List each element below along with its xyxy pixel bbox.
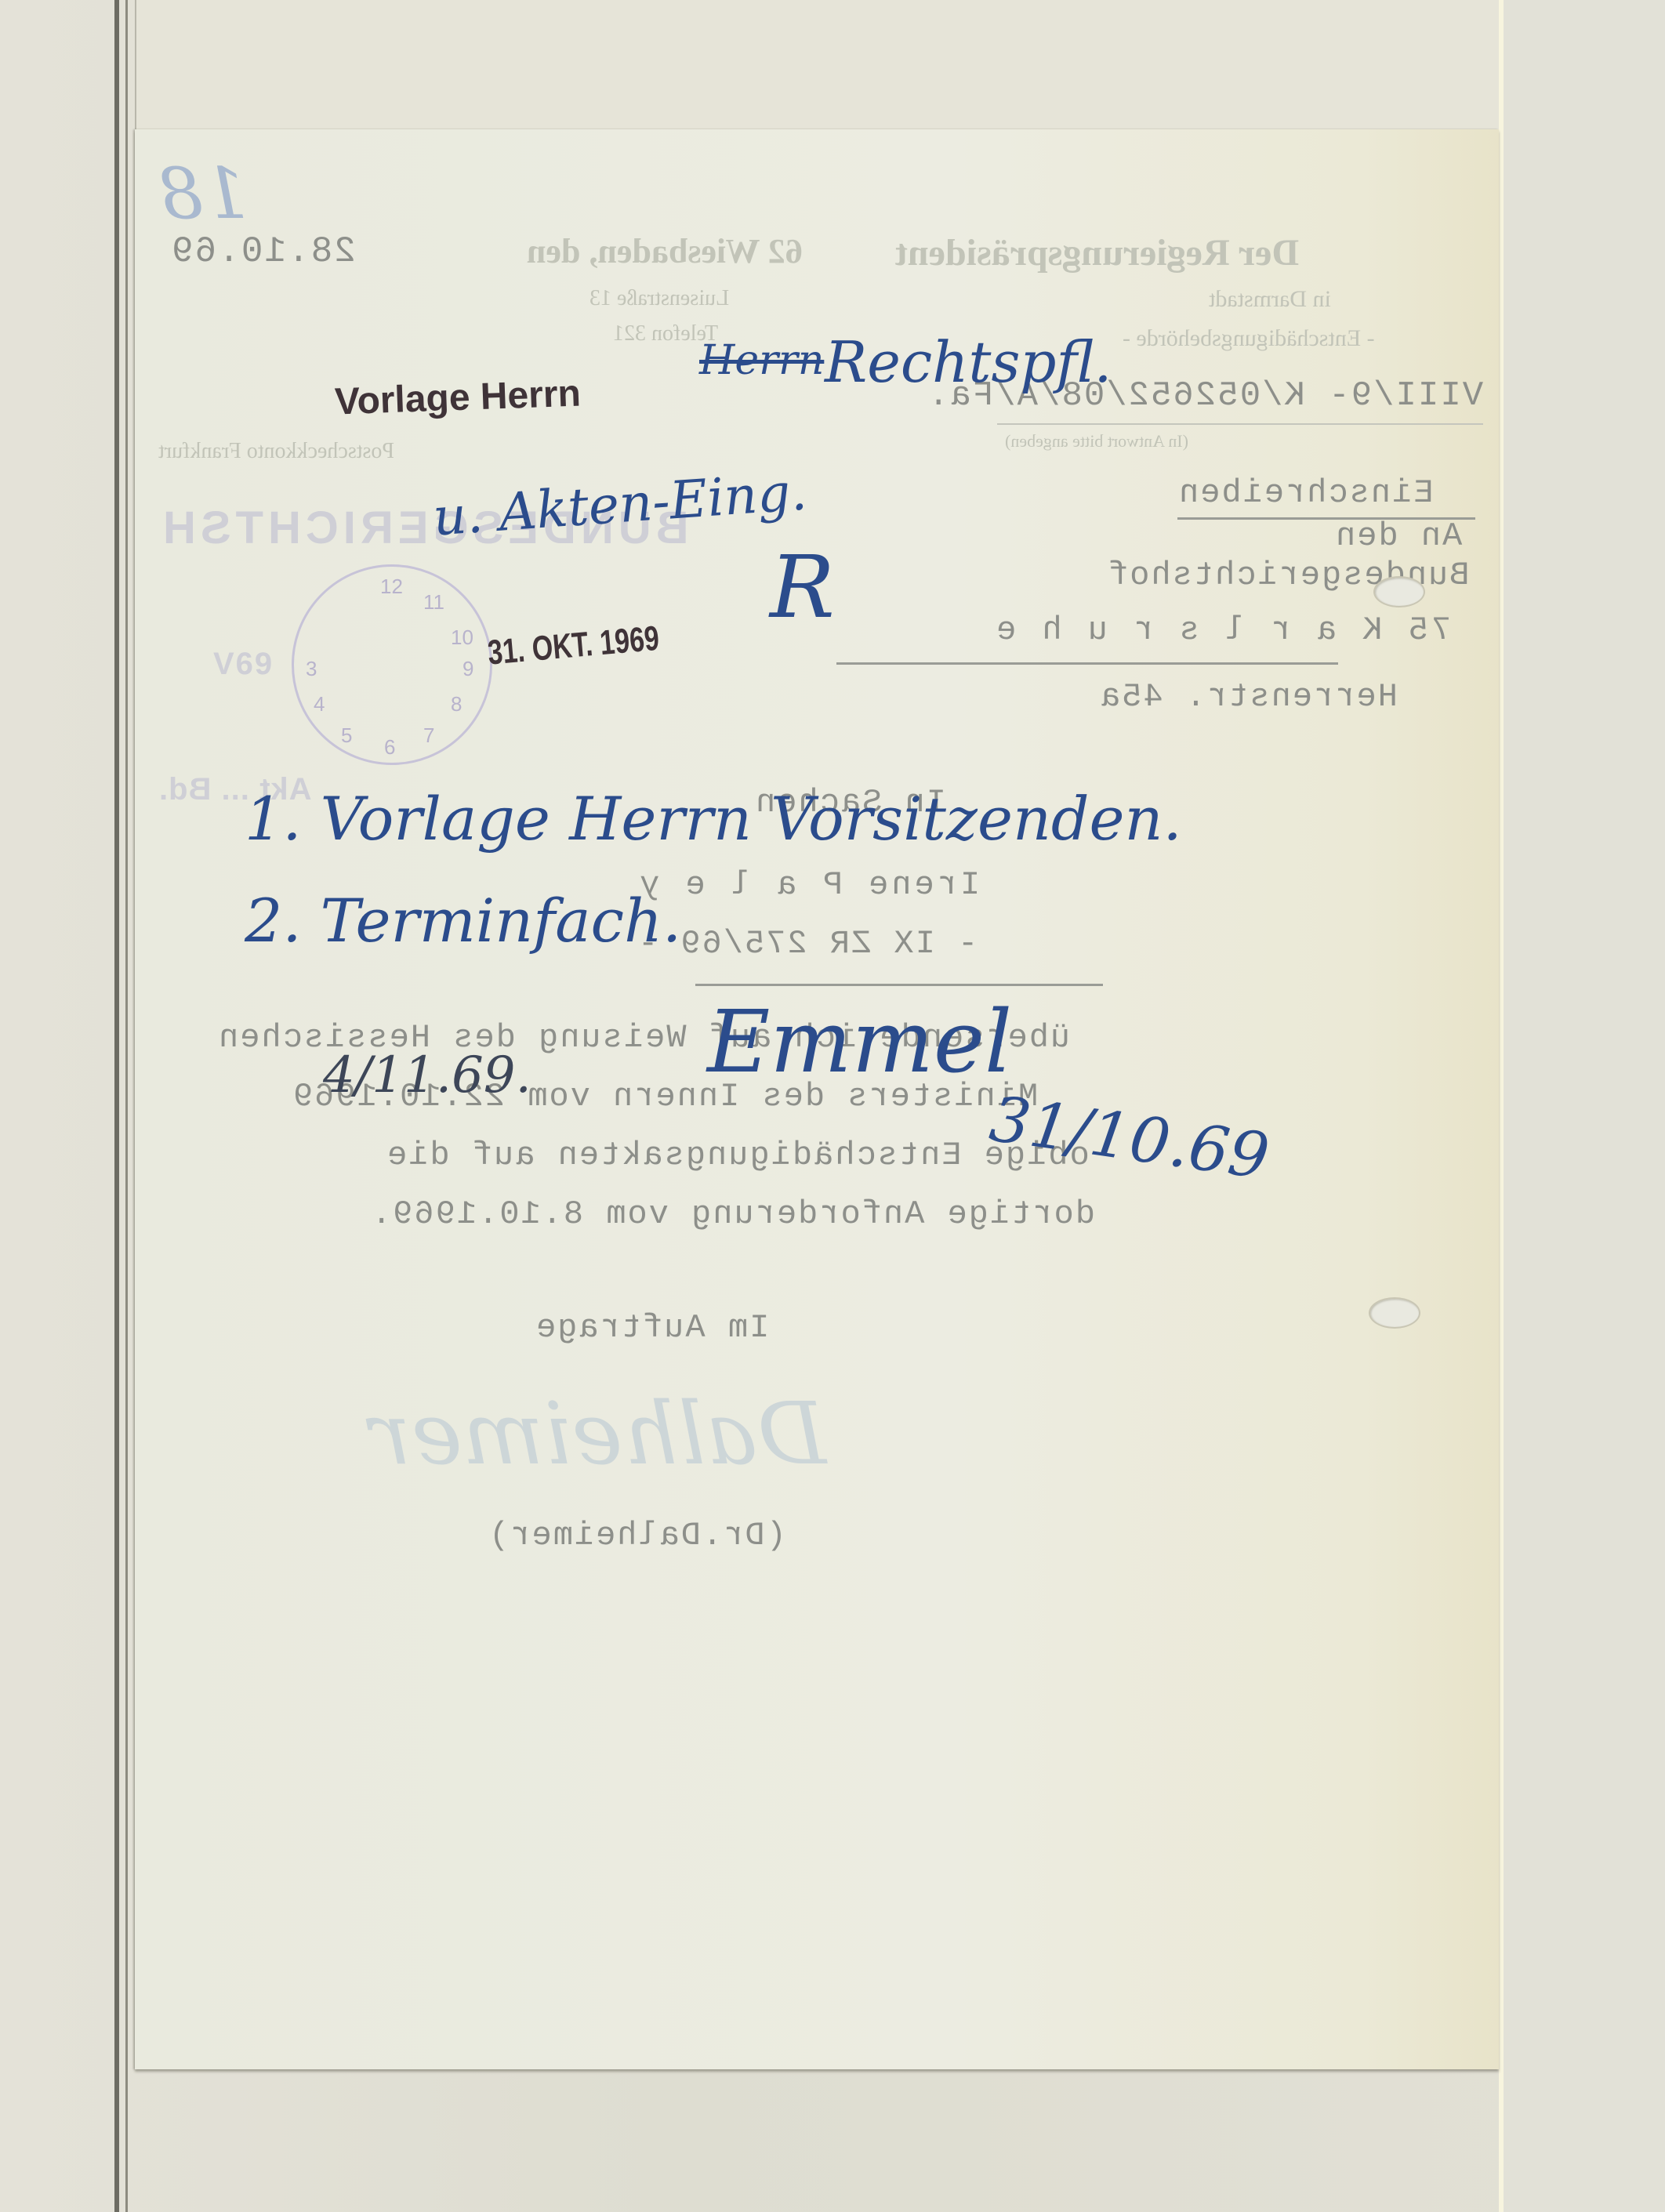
clock-receipt-stamp: 12 11 10 9 8 7 6 5 4 3 <box>292 564 492 765</box>
clock-number: 11 <box>423 590 444 615</box>
closing-phrase: Im Auftrage <box>535 1309 769 1347</box>
punch-hole-bottom <box>1369 1297 1420 1329</box>
handwritten-instruction-2: 2. Terminfach. <box>245 886 681 956</box>
ghost-v69: V69 <box>213 647 274 682</box>
clock-number: 7 <box>423 723 434 748</box>
delivery-type: Einschreiben <box>1177 474 1433 512</box>
vorlage-stamp: Vorlage Herrn <box>334 372 582 424</box>
handwritten-signature: Emmel <box>707 992 1012 1092</box>
clock-number: 6 <box>384 735 395 760</box>
handwritten-date-right: 31/10.69 <box>985 1082 1273 1194</box>
handwritten-instruction-1: 1. Vorlage Herrn Vorsitzenden. <box>245 784 1182 854</box>
received-date-stamp: 31. OKT. 1969 <box>486 619 661 674</box>
city-underline <box>836 662 1338 665</box>
binder-edge-line <box>114 0 119 2212</box>
handwritten-initial: R <box>770 537 835 637</box>
clock-number: 3 <box>306 657 317 681</box>
case-number: - IX ZR 275/69 - <box>637 925 978 963</box>
clock-number: 5 <box>341 723 352 748</box>
case-underline <box>695 984 1103 986</box>
binder-edge-line-2 <box>125 0 128 2212</box>
letterhead-location: in Darmstadt <box>1209 286 1331 313</box>
clock-number: 12 <box>380 575 403 599</box>
recipient-city: 75 K a r l s r u h e <box>993 611 1451 649</box>
handwritten-addressee: Rechtspfl. <box>825 329 1112 395</box>
subject-name: Irene P a l e y <box>637 866 980 904</box>
clock-number: 4 <box>314 692 325 716</box>
document-sheet: 18 Der Regierungspräsident in Darmstadt … <box>135 129 1499 2069</box>
faint-signature: Dalheimer <box>370 1383 826 1484</box>
letterhead-city: 62 Wiesbaden, den <box>527 231 803 271</box>
handwritten-akten-eing: u. Akten-Eing. <box>431 461 809 547</box>
punch-hole-top <box>1373 576 1425 607</box>
letterhead-department: - Entschädigungsbehörde - <box>1123 325 1375 352</box>
handwritten-date-left: 4/11.69. <box>323 1046 531 1104</box>
clock-number: 9 <box>462 657 473 681</box>
letterhead-reply-note: (In Antwort bitte angeben) <box>1005 431 1188 451</box>
body-line-3: obige Entschädigungsakten auf die <box>386 1137 1090 1174</box>
body-line-4: dortige Anforderung vom 8.10.1969. <box>370 1195 1095 1233</box>
letterhead-authority: Der Regierungspräsident <box>895 231 1299 274</box>
folio-number: 18 <box>158 153 248 235</box>
letterhead-street: Luisenstraße 13 <box>589 286 729 311</box>
clock-number: 8 <box>451 692 462 716</box>
recipient-street: Herrenstr. 45a <box>1099 678 1398 716</box>
signatory-name: (Dr.Dalheimer) <box>488 1517 786 1554</box>
clock-number: 10 <box>451 626 473 650</box>
struck-word: Herrn <box>699 337 824 384</box>
letterhead-postal-account: Postscheckkonto Frankfurt <box>158 439 394 464</box>
recipient-line-1: An den <box>1334 517 1462 555</box>
right-page-strip <box>1499 0 1665 2212</box>
typed-date: 28.10.69 <box>170 231 356 272</box>
reference-underline <box>997 423 1483 425</box>
